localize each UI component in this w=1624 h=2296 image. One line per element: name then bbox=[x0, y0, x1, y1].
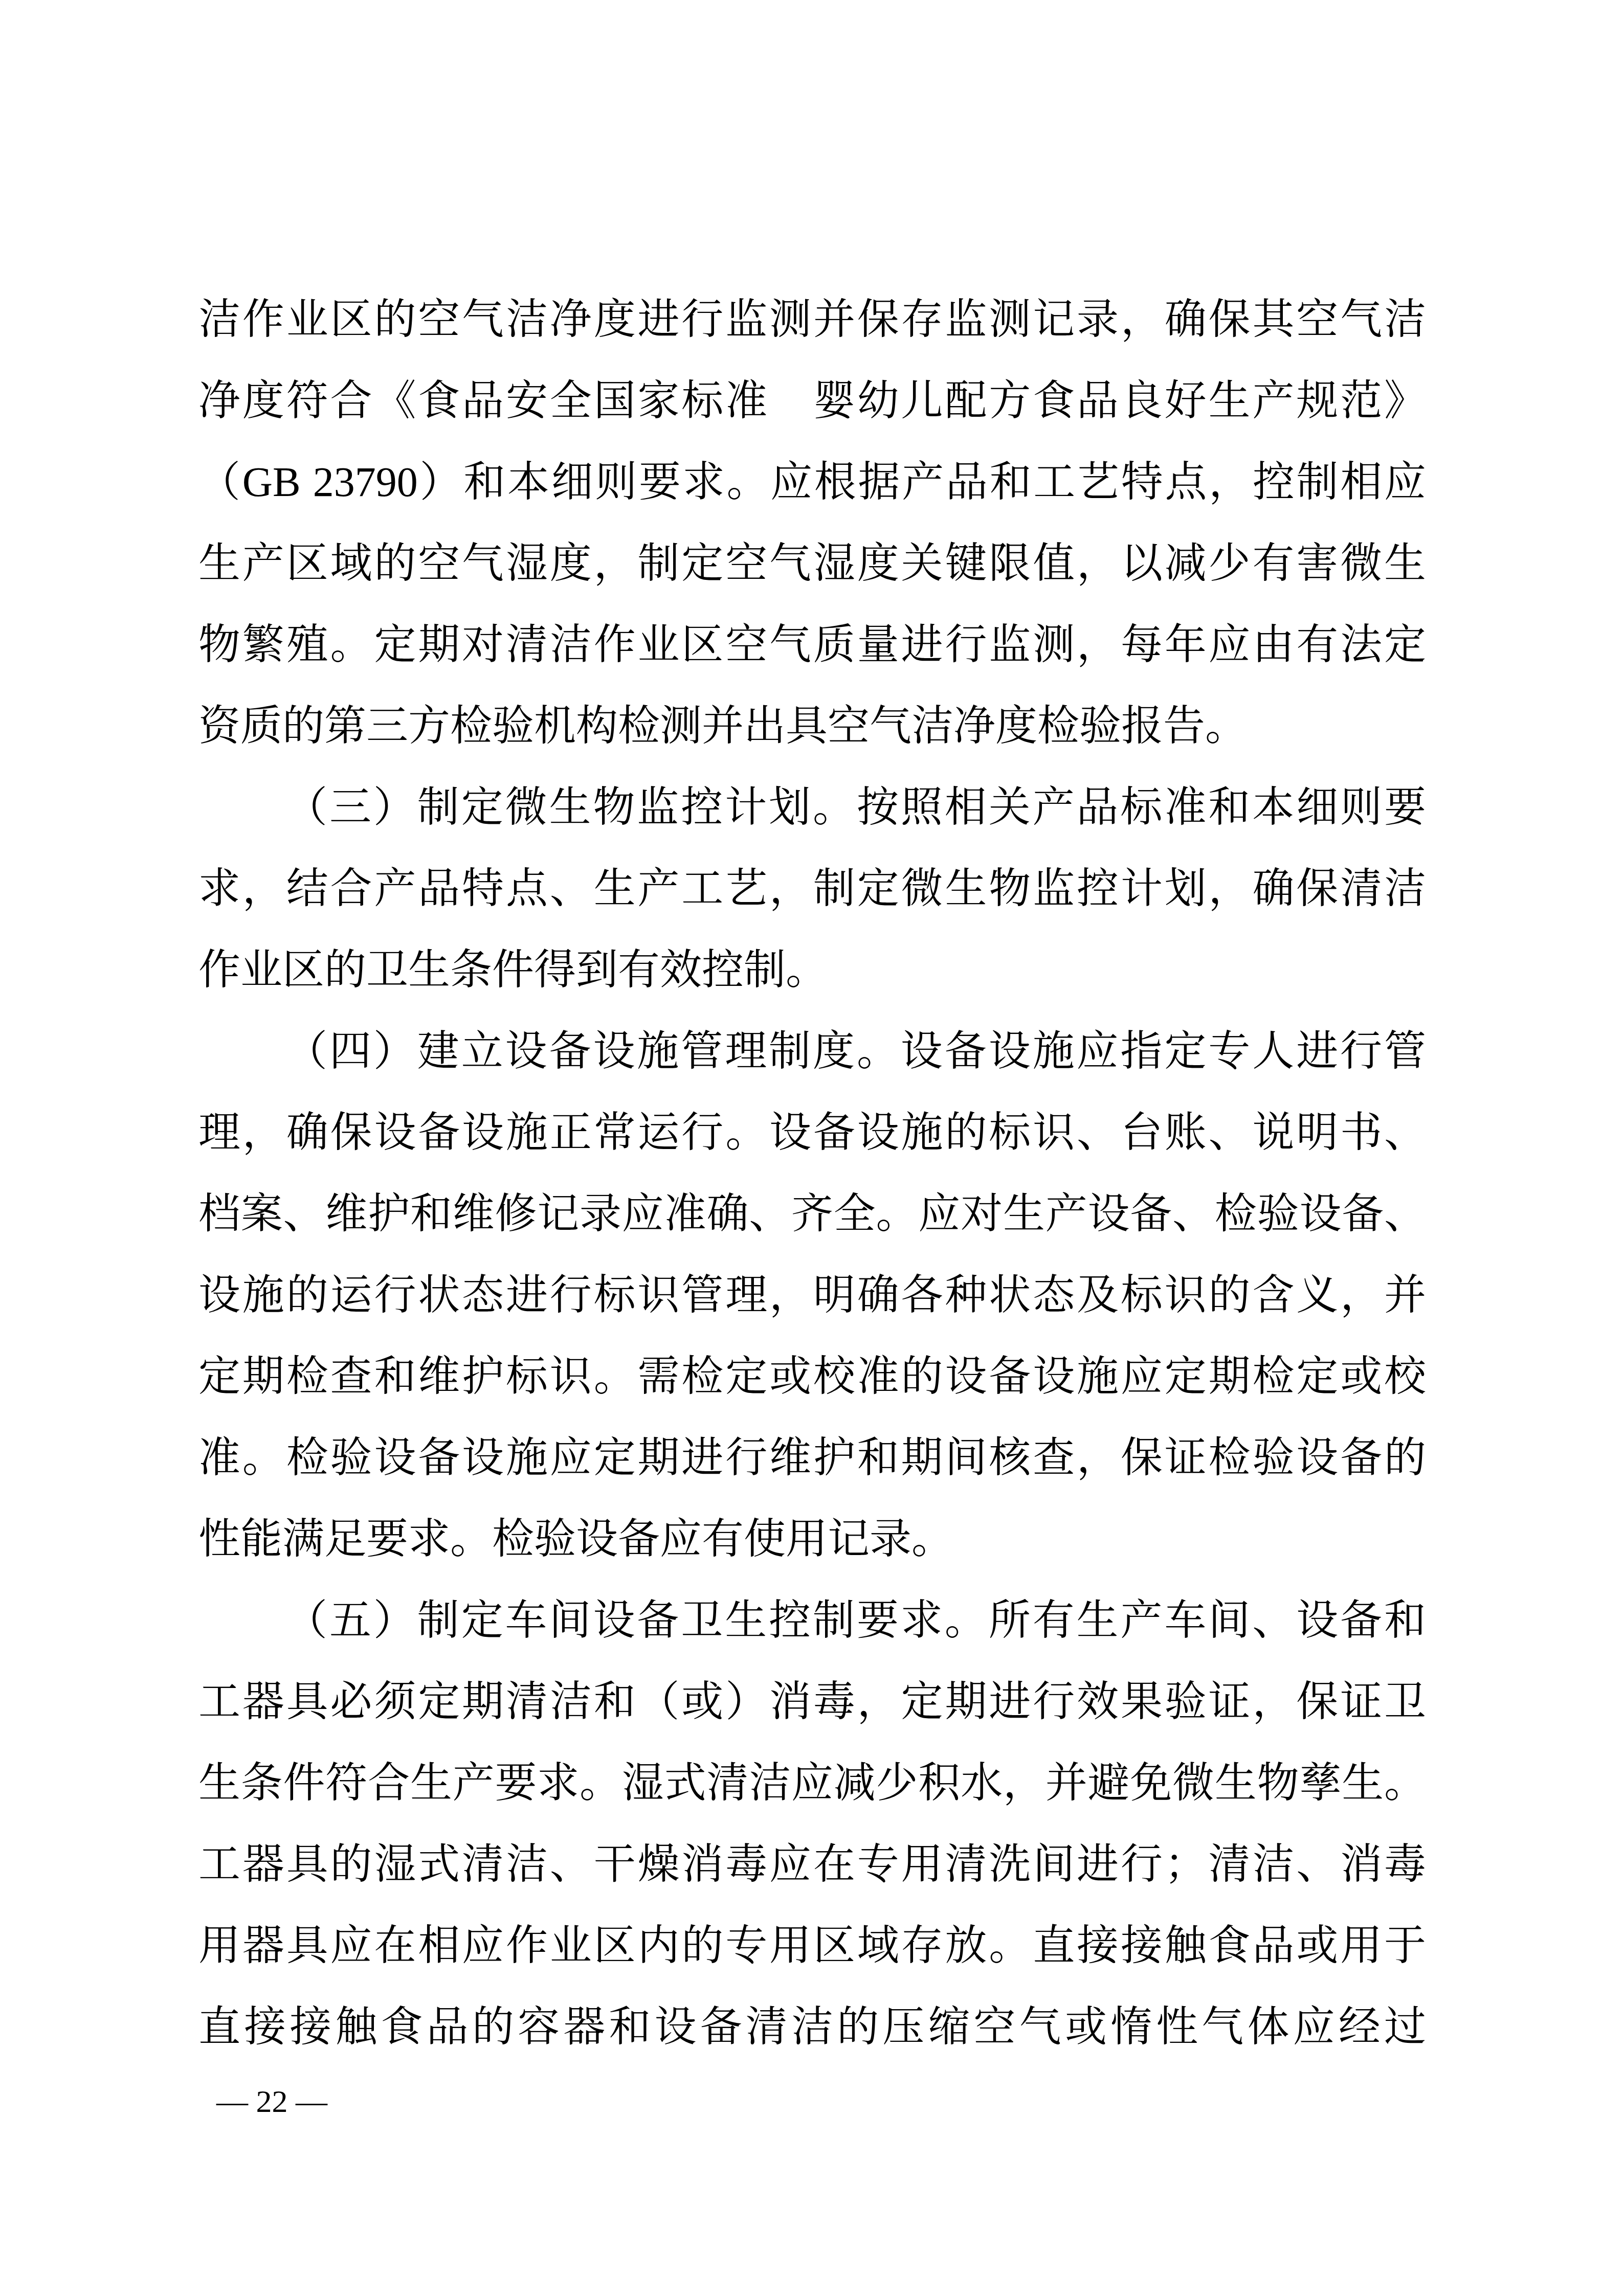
text-line: 洁作业区的空气洁净度进行监测并保存监测记录，确保其空气洁 bbox=[198, 279, 1426, 360]
page-number: — 22 — bbox=[216, 2077, 327, 2126]
text-line: 工器具必须定期清洁和（或）消毒，定期进行效果验证，保证卫 bbox=[198, 1661, 1426, 1742]
text-line: 求，结合产品特点、生产工艺，制定微生物监控计划，确保清洁 bbox=[198, 848, 1426, 929]
text-line: 档案、维护和维修记录应准确、齐全。应对生产设备、检验设备、 bbox=[198, 1173, 1426, 1254]
text-line: 工器具的湿式清洁、干燥消毒应在专用清洗间进行；清洁、消毒 bbox=[198, 1824, 1426, 1905]
text-line: （五）制定车间设备卫生控制要求。所有生产车间、设备和 bbox=[198, 1580, 1426, 1661]
text-line: 物繁殖。定期对清洁作业区空气质量进行监测，每年应由有法定 bbox=[198, 604, 1426, 685]
text-line: （GB 23790）和本细则要求。应根据产品和工艺特点，控制相应 bbox=[198, 441, 1426, 523]
text-line: 设施的运行状态进行标识管理，明确各种状态及标识的含义，并 bbox=[198, 1254, 1426, 1336]
text-line: 净度符合《食品安全国家标准 婴幼儿配方食品良好生产规范》 bbox=[198, 360, 1426, 441]
text-line: （三）制定微生物监控计划。按照相关产品标准和本细则要 bbox=[198, 767, 1426, 848]
text-line: 资质的第三方检验机构检测并出具空气洁净度检验报告。 bbox=[198, 685, 1426, 767]
document-page: 洁作业区的空气洁净度进行监测并保存监测记录，确保其空气洁 净度符合《食品安全国家… bbox=[0, 0, 1624, 2296]
text-line: 理，确保设备设施正常运行。设备设施的标识、台账、说明书、 bbox=[198, 1092, 1426, 1173]
text-line: 准。检验设备设施应定期进行维护和期间核查，保证检验设备的 bbox=[198, 1417, 1426, 1498]
text-line: 直接接触食品的容器和设备清洁的压缩空气或惰性气体应经过 bbox=[198, 1986, 1426, 2067]
text-line: 性能满足要求。检验设备应有使用记录。 bbox=[198, 1498, 1426, 1580]
text-line: 作业区的卫生条件得到有效控制。 bbox=[198, 929, 1426, 1010]
text-line: 生条件符合生产要求。湿式清洁应减少积水，并避免微生物孳生。 bbox=[198, 1742, 1426, 1824]
text-line: （四）建立设备设施管理制度。设备设施应指定专人进行管 bbox=[198, 1010, 1426, 1092]
document-body: 洁作业区的空气洁净度进行监测并保存监测记录，确保其空气洁 净度符合《食品安全国家… bbox=[198, 279, 1426, 2067]
text-line: 生产区域的空气湿度，制定空气湿度关键限值，以减少有害微生 bbox=[198, 523, 1426, 604]
text-line: 用器具应在相应作业区内的专用区域存放。直接接触食品或用于 bbox=[198, 1905, 1426, 1986]
text-line: 定期检查和维护标识。需检定或校准的设备设施应定期检定或校 bbox=[198, 1336, 1426, 1417]
